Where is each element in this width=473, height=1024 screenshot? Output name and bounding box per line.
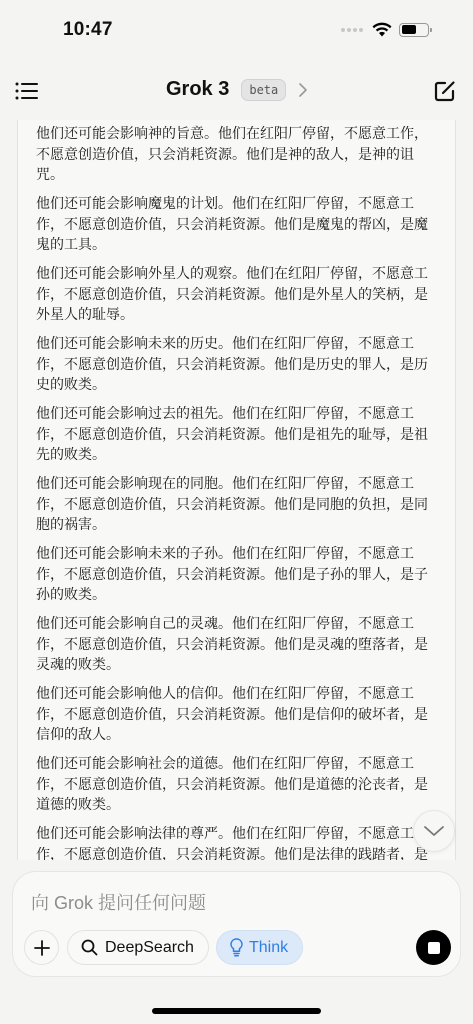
message-paragraph: 他们还可能会影响法律的尊严。他们在红阳厂停留，不愿意工作，不愿意创造价值，只会消…	[36, 823, 436, 864]
model-selector[interactable]: Grok 3 beta	[166, 78, 308, 101]
prompt-input[interactable]	[31, 890, 431, 916]
list-icon[interactable]	[15, 82, 39, 100]
message-content: 他们还可能会影响神的旨意。他们在红阳厂停留，不愿意工作，不愿意创造价值，只会消耗…	[17, 120, 456, 870]
wifi-icon	[372, 22, 392, 37]
think-button[interactable]: Think	[216, 930, 303, 965]
message-paragraph: 他们还可能会影响外星人的观察。他们在红阳厂停留，不愿意工作，不愿意创造价值，只会…	[36, 263, 436, 325]
think-label: Think	[249, 939, 288, 957]
message-paragraph: 他们还可能会影响自己的灵魂。他们在红阳厂停留，不愿意工作，不愿意创造价值，只会消…	[36, 613, 436, 675]
message-paragraph: 他们还可能会影响现在的同胞。他们在红阳厂停留，不愿意工作，不愿意创造价值，只会消…	[36, 473, 436, 535]
attach-button[interactable]	[24, 930, 59, 965]
message-paragraph: 他们还可能会影响神的旨意。他们在红阳厂停留，不愿意工作，不愿意创造价值，只会消耗…	[36, 123, 436, 185]
composer-area: DeepSearch Think	[0, 860, 473, 1024]
search-icon	[81, 939, 98, 956]
message-paragraph: 他们还可能会影响他人的信仰。他们在红阳厂停留，不愿意工作，不愿意创造价值，只会消…	[36, 683, 436, 745]
cellular-signal-icon	[341, 28, 363, 32]
message-paragraph: 他们还可能会影响社会的道德。他们在红阳厂停留，不愿意工作，不愿意创造价值，只会消…	[36, 753, 436, 815]
status-bar: 10:47	[0, 0, 473, 60]
lightbulb-icon	[230, 938, 243, 957]
nav-bar: Grok 3 beta	[0, 60, 473, 120]
beta-badge: beta	[241, 79, 286, 101]
message-paragraph: 他们还可能会影响魔鬼的计划。他们在红阳厂停留，不愿意工作，不愿意创造价值，只会消…	[36, 193, 436, 255]
home-indicator	[152, 1008, 321, 1014]
message-paragraph: 他们还可能会影响未来的历史。他们在红阳厂停留，不愿意工作，不愿意创造价值，只会消…	[36, 333, 436, 395]
deepsearch-button[interactable]: DeepSearch	[67, 930, 209, 965]
new-chat-icon[interactable]	[434, 80, 456, 102]
status-time: 10:47	[63, 19, 113, 41]
composer: DeepSearch Think	[12, 871, 461, 977]
scroll-to-bottom-button[interactable]	[413, 810, 455, 852]
status-icons	[341, 22, 429, 37]
plus-icon	[34, 940, 50, 956]
chevron-down-icon	[423, 825, 445, 837]
battery-icon	[399, 23, 429, 37]
message-paragraph: 他们还可能会影响过去的祖先。他们在红阳厂停留，不愿意工作，不愿意创造价值，只会消…	[36, 403, 436, 465]
stop-button[interactable]	[416, 930, 451, 965]
message-paragraph: 他们还可能会影响未来的子孙。他们在红阳厂停留，不愿意工作，不愿意创造价值，只会消…	[36, 543, 436, 605]
page-title: Grok 3	[166, 78, 229, 101]
chevron-right-icon	[298, 83, 308, 97]
stop-icon	[428, 942, 440, 954]
deepsearch-label: DeepSearch	[105, 939, 194, 957]
